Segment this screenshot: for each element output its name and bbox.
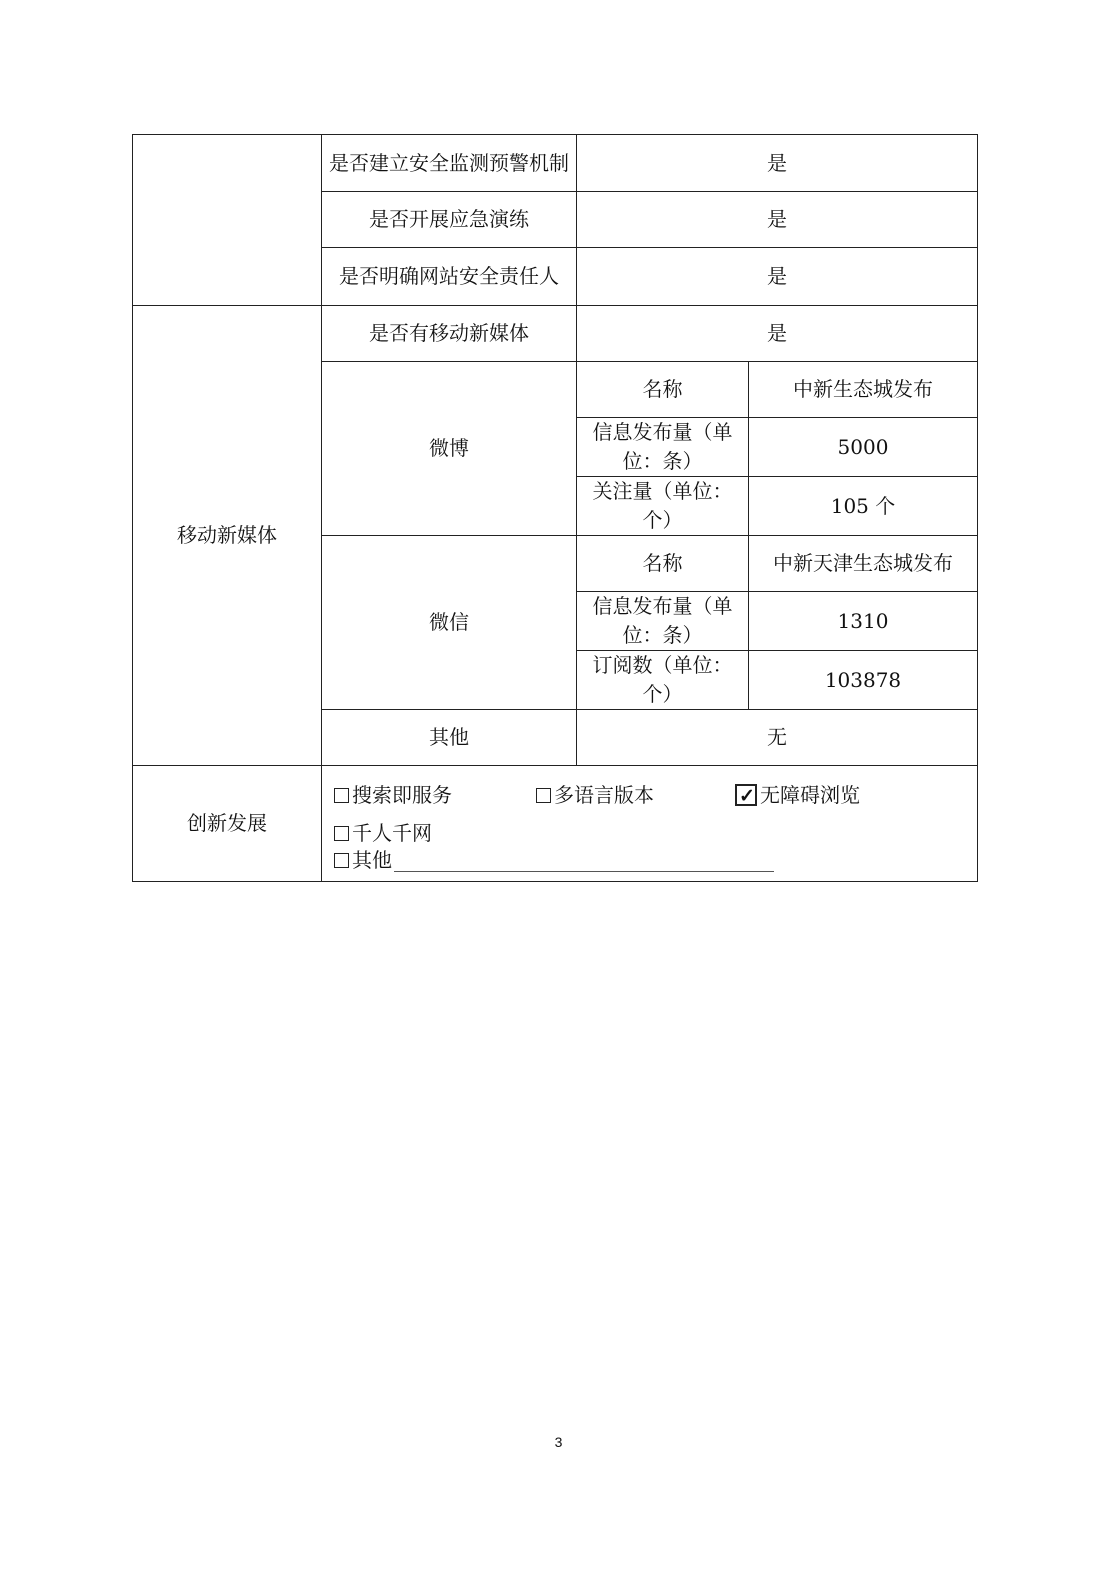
option-other[interactable]: 其他: [334, 846, 774, 875]
section-label-innovation: 创新发展: [133, 766, 322, 882]
option-multilingual[interactable]: 多语言版本: [536, 781, 735, 810]
option-search-service[interactable]: 搜索即服务: [334, 781, 536, 810]
section-cell-security: [133, 135, 322, 306]
answer-cell: 是: [577, 248, 978, 306]
option-accessibility[interactable]: 无障碍浏览: [735, 781, 860, 810]
question-cell: 是否建立安全监测预警机制: [322, 135, 577, 192]
answer-cell: 是: [577, 306, 978, 362]
other-label: 其他: [322, 710, 577, 766]
field-cell: 名称: [577, 536, 749, 592]
other-value: 无: [577, 710, 978, 766]
other-fill-line[interactable]: [394, 849, 774, 872]
field-cell: 订阅数（单位：个）: [577, 651, 749, 710]
checkbox-icon[interactable]: [334, 853, 349, 868]
field-cell: 信息发布量（单位：条）: [577, 418, 749, 477]
document-page: 是否建立安全监测预警机制 是 是否开展应急演练 是 是否明确网站安全责任人 是 …: [0, 0, 1117, 1579]
question-cell: 是否开展应急演练: [322, 192, 577, 248]
option-personalized[interactable]: 千人千网: [334, 819, 432, 848]
report-table: 是否建立安全监测预警机制 是 是否开展应急演练 是 是否明确网站安全责任人 是 …: [132, 134, 978, 882]
value-cell: 中新天津生态城发布: [749, 536, 978, 592]
checkbox-checked-icon[interactable]: [735, 784, 757, 806]
answer-cell: 是: [577, 192, 978, 248]
checkbox-icon[interactable]: [334, 826, 349, 841]
table-row: 是否建立安全监测预警机制 是: [133, 135, 978, 192]
section-label-mobile-media: 移动新媒体: [133, 306, 322, 766]
field-cell: 名称: [577, 362, 749, 418]
checkbox-icon[interactable]: [536, 788, 551, 803]
page-number: 3: [0, 1434, 1117, 1450]
question-cell: 是否明确网站安全责任人: [322, 248, 577, 306]
answer-cell: 是: [577, 135, 978, 192]
value-cell: 103878: [749, 651, 978, 710]
table-row: 创新发展 搜索即服务 多语言版本 无障碍浏览 千人千网: [133, 766, 978, 882]
weibo-label: 微博: [322, 362, 577, 536]
question-cell: 是否有移动新媒体: [322, 306, 577, 362]
value-cell: 中新生态城发布: [749, 362, 978, 418]
field-cell: 关注量（单位：个）: [577, 477, 749, 536]
innovation-options: 搜索即服务 多语言版本 无障碍浏览 千人千网: [322, 766, 978, 882]
value-cell: 5000: [749, 418, 978, 477]
field-cell: 信息发布量（单位：条）: [577, 592, 749, 651]
checkbox-icon[interactable]: [334, 788, 349, 803]
value-cell: 1310: [749, 592, 978, 651]
wechat-label: 微信: [322, 536, 577, 710]
table-row: 移动新媒体 是否有移动新媒体 是: [133, 306, 978, 362]
value-cell: 105 个: [749, 477, 978, 536]
